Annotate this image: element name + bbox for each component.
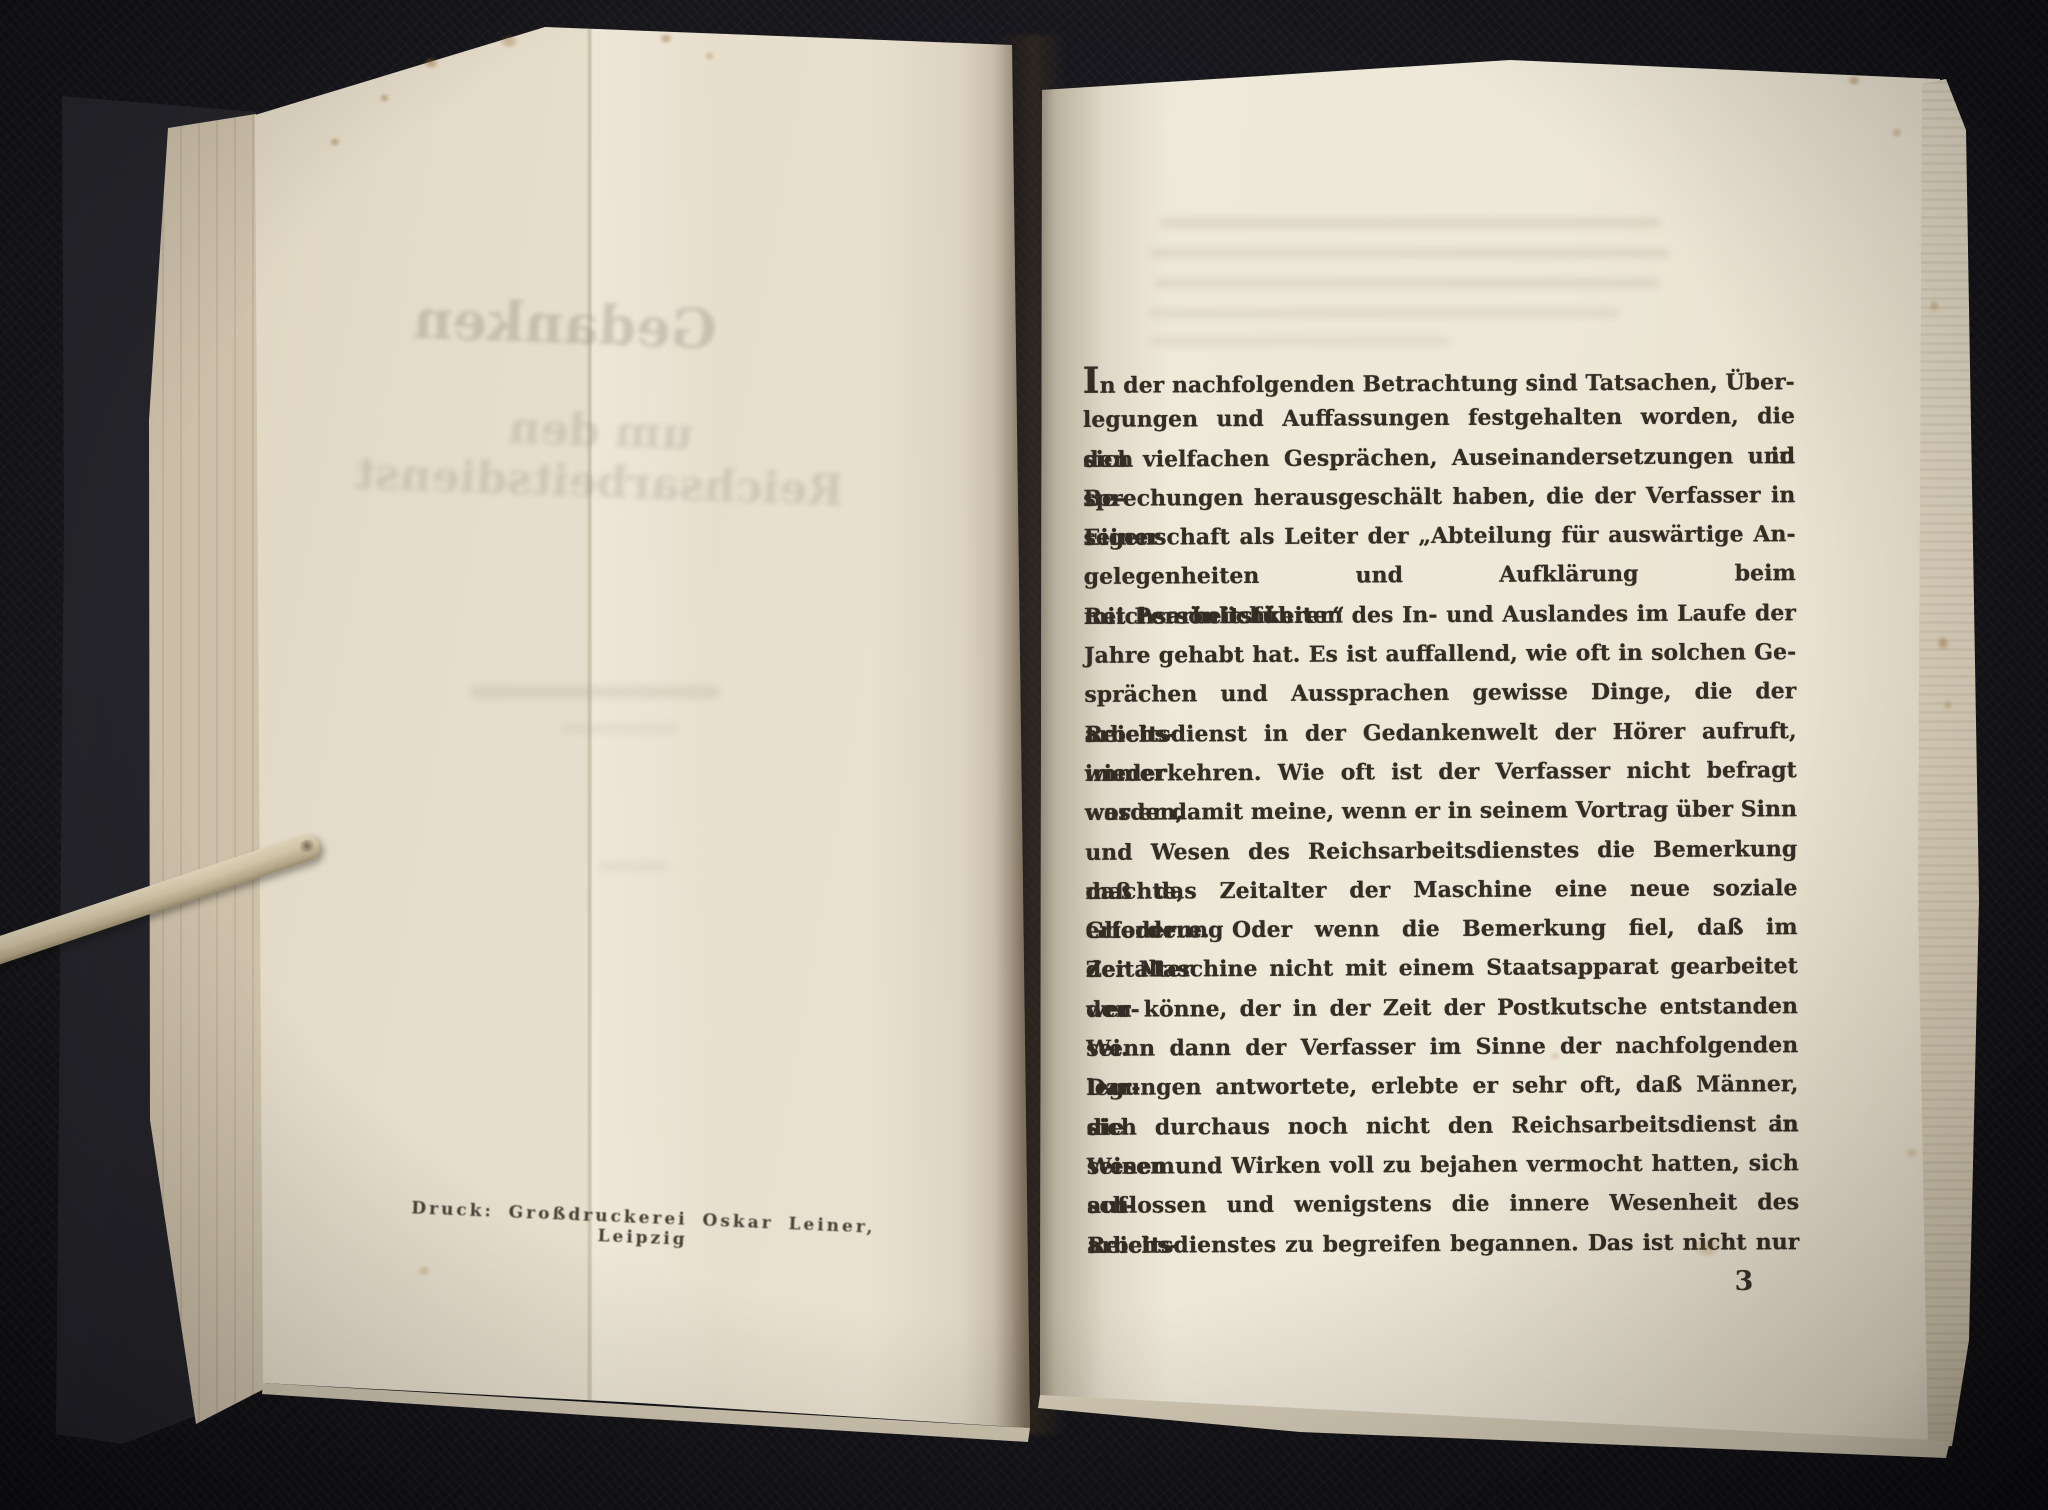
foxing-spot <box>1550 1052 1560 1060</box>
drop-cap: I <box>1083 360 1100 402</box>
page-crease-highlight <box>592 28 742 1410</box>
text-line: was er damit meine, wenn er in seinem Vo… <box>1085 790 1797 833</box>
text-line: den vielfachen Gesprächen, Auseinanderse… <box>1083 437 1795 480</box>
foxing-spot <box>380 94 389 102</box>
foxing-spot <box>1694 1240 1720 1256</box>
foxing-spot <box>1930 300 1939 312</box>
text-line: der Maschine nicht mit einem Staatsappar… <box>1086 948 1798 991</box>
foxing-spot <box>705 52 714 60</box>
paragraph: In der nachfolgenden Betrachtung sind Ta… <box>1083 358 1800 1266</box>
showthrough-smudge <box>1150 248 1670 258</box>
page-crease-line <box>588 28 591 1410</box>
text-line: arbeitsdienstes zu begreifen begannen. D… <box>1087 1223 1799 1266</box>
foxing-spot <box>418 1266 430 1276</box>
foxing-spot <box>500 36 518 47</box>
showthrough-smudge <box>560 724 680 733</box>
text-line: den könne, der in der Zeit der Postkutsc… <box>1086 987 1798 1030</box>
text-line: sich durchaus noch nicht den Reichsarbei… <box>1087 1105 1799 1148</box>
text-line: sprächen und Aussprachen gewisse Dinge, … <box>1084 673 1796 716</box>
text-line: In der nachfolgenden Betrachtung sind Ta… <box>1083 358 1795 401</box>
page-number: 3 <box>1724 1266 1764 1297</box>
text-line: Wenn dann der Verfasser im Sinne der nac… <box>1086 1026 1798 1069</box>
photo-background: Gedanken um den Reichsarbeitsdienst Druc… <box>0 0 2048 1510</box>
text-line: arbeitsdienst in der Gedankenwelt der Hö… <box>1084 712 1796 755</box>
text-line: schlossen und wenigstens die innere Wese… <box>1087 1183 1799 1226</box>
showthrough-smudge <box>1150 308 1620 318</box>
foxing-spot <box>660 34 672 43</box>
foxing-spot <box>1938 636 1948 650</box>
foxing-spot <box>1944 700 1952 710</box>
text-line: Eigenschaft als Leiter der „Abteilung fü… <box>1083 515 1795 558</box>
foxing-spot <box>1848 76 1860 85</box>
text-line: Wesen und Wirken voll zu bejahen vermoch… <box>1087 1144 1799 1187</box>
text-line-rest: n der nachfolgenden Betrachtung sind Tat… <box>1100 369 1795 399</box>
foxing-spot <box>1892 128 1902 137</box>
showthrough-smudge <box>598 862 668 871</box>
foxing-spot <box>330 138 340 146</box>
foxing-spot <box>1906 1148 1918 1158</box>
text-line: wiederkehren. Wie oft ist der Verfasser … <box>1085 751 1797 794</box>
text-line: erfordere. Oder wenn die Bemerkung fiel,… <box>1086 908 1798 951</box>
foxing-spot <box>424 58 438 68</box>
text-line: daß das Zeitalter der Maschine eine neue… <box>1085 869 1797 912</box>
text-line: mit Persönlichkeiten des In- und Ausland… <box>1084 594 1796 637</box>
showthrough-smudge <box>1150 336 1450 346</box>
text-line: sprechungen herausgeschält haben, die de… <box>1083 476 1795 519</box>
showthrough-smudge <box>470 686 720 698</box>
text-line: legungen und Auffassungen festgehalten w… <box>1083 397 1795 440</box>
text-line: gelegenheiten und Aufklärung beim Reichs… <box>1084 555 1796 598</box>
text-line: und Wesen des Reichsarbeitsdienstes die … <box>1085 830 1797 873</box>
showthrough-smudge <box>1155 278 1660 288</box>
showthrough-title-line2: um den Reichsarbeitsdienst <box>288 395 911 519</box>
text-line: Jahre gehabt hat. Es ist auffallend, wie… <box>1084 633 1796 676</box>
text-line: legungen antwortete, erlebte er sehr oft… <box>1086 1065 1798 1108</box>
showthrough-smudge <box>1160 218 1660 228</box>
